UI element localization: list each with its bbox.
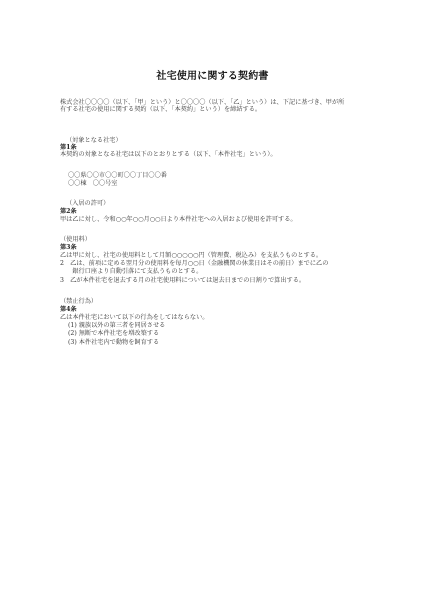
article-text: 銀行口座より自動引落にて支払うものとする。 [60,268,202,275]
article-text: 2 乙は、前項に定める翌月分の使用料を毎月○○日（金融機関の休業日はその前日）ま… [60,260,328,267]
article-number: 第1条 [60,144,77,151]
list-item: (2) 無断で本件社宅を増改築する [68,330,159,337]
preamble-line: 有する社宅の使用に関する契約（以下、「本契約」という）を締結する。 [60,106,261,113]
document-page: 社宅使用に関する契約書 株式会社〇〇〇〇（以下、「甲」という）と〇〇〇〇（以下、… [0,0,425,600]
article-text: 3 乙が本件社宅を退去する月の社宅使用料については退去日までの日割りで算出する。 [60,277,305,284]
article-number: 第4条 [60,306,77,313]
article-number: 第2条 [60,208,77,215]
address-line: 〇〇棟 〇〇号室 [68,180,118,187]
document-title: 社宅使用に関する契約書 [0,67,425,82]
list-item: (3) 本件社宅内で動物を飼育する [68,339,159,346]
article-heading: （対象となる社宅） [66,137,122,144]
article-text: 乙は本件社宅において以下の行為をしてはならない。 [60,314,209,321]
article-text: 本契約の対象となる社宅は以下のとおりとする（以下、「本件社宅」という）。 [60,151,277,158]
article-text: 乙は甲に対し、社宅の使用料として月額○○○○○円（管理費、税込み）を支払うものと… [60,252,322,259]
list-item: (1) 親族以外の第三者を同居させる [68,322,165,329]
article-heading: （禁止行為） [60,298,97,305]
article-heading: （入居の許可） [66,200,109,207]
article-text: 甲は乙に対し、令和○○年○○月○○日より本件社宅への入居および使用を許可する。 [60,216,297,223]
preamble-line: 株式会社〇〇〇〇（以下、「甲」という）と〇〇〇〇（以下、「乙」という）は、下記に… [60,99,344,106]
article-heading: （使用料） [60,236,91,243]
address-line: 〇〇県〇〇市〇〇町〇〇丁目〇〇番 [68,172,167,179]
article-number: 第3条 [60,244,77,251]
